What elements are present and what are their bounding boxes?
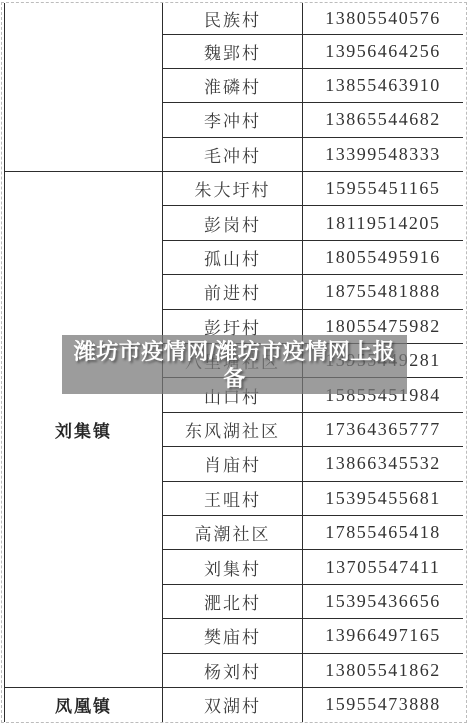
phone-cell: 18755481888	[303, 275, 464, 309]
contact-table-body: 民族村13805540576魏郢村13956464256淮磷村138554639…	[5, 3, 464, 722]
phone-cell: 15855451984	[303, 378, 464, 412]
village-cell: 朱大圩村	[163, 172, 303, 206]
phone-cell: 13955449281	[303, 344, 464, 378]
village-cell: 彭岗村	[163, 206, 303, 240]
town-cell	[5, 3, 163, 172]
phone-cell: 18055475982	[303, 309, 464, 343]
phone-cell: 13399548333	[303, 137, 464, 171]
village-cell: 刘集村	[163, 550, 303, 584]
village-cell: 樊庙村	[163, 619, 303, 653]
village-cell: 魏郢村	[163, 34, 303, 68]
phone-cell: 15955451165	[303, 172, 464, 206]
town-cell: 刘集镇	[5, 172, 163, 688]
phone-cell: 13865544682	[303, 103, 464, 137]
phone-cell: 18055495916	[303, 240, 464, 274]
phone-cell: 15955473888	[303, 687, 464, 721]
village-cell: 淮磷村	[163, 68, 303, 102]
phone-cell: 17364365777	[303, 412, 464, 446]
table-row: 凤凰镇双湖村15955473888	[5, 687, 464, 721]
village-cell: 高潮社区	[163, 515, 303, 549]
town-cell: 凤凰镇	[5, 687, 163, 721]
phone-cell: 13855463910	[303, 68, 464, 102]
village-cell: 山口村	[163, 378, 303, 412]
village-cell: 淝北村	[163, 584, 303, 618]
phone-cell: 15395455681	[303, 481, 464, 515]
village-cell: 肖庙村	[163, 447, 303, 481]
phone-cell: 13866345532	[303, 447, 464, 481]
village-cell: 前进村	[163, 275, 303, 309]
village-cell: 彭圩村	[163, 309, 303, 343]
table-row: 民族村13805540576	[5, 3, 464, 34]
village-cell: 李冲村	[163, 103, 303, 137]
village-cell: 孤山村	[163, 240, 303, 274]
phone-cell: 13956464256	[303, 34, 464, 68]
village-cell: 毛冲村	[163, 137, 303, 171]
village-cell: 东风湖社区	[163, 412, 303, 446]
phone-cell: 13966497165	[303, 619, 464, 653]
phone-cell: 13805541862	[303, 653, 464, 687]
village-cell: 民族村	[163, 3, 303, 34]
village-cell: 杨刘村	[163, 653, 303, 687]
phone-cell: 18119514205	[303, 206, 464, 240]
village-cell: 王咀村	[163, 481, 303, 515]
village-cell: 双湖村	[163, 687, 303, 721]
table-row: 刘集镇朱大圩村15955451165	[5, 172, 464, 206]
phone-cell: 17855465418	[303, 515, 464, 549]
phone-cell: 15395436656	[303, 584, 464, 618]
phone-cell: 13705547411	[303, 550, 464, 584]
contact-table-wrap: 民族村13805540576魏郢村13956464256淮磷村138554639…	[4, 3, 463, 722]
phone-cell: 13805540576	[303, 3, 464, 34]
contact-table: 民族村13805540576魏郢村13956464256淮磷村138554639…	[4, 3, 463, 722]
village-cell: 八里塘社区	[163, 344, 303, 378]
